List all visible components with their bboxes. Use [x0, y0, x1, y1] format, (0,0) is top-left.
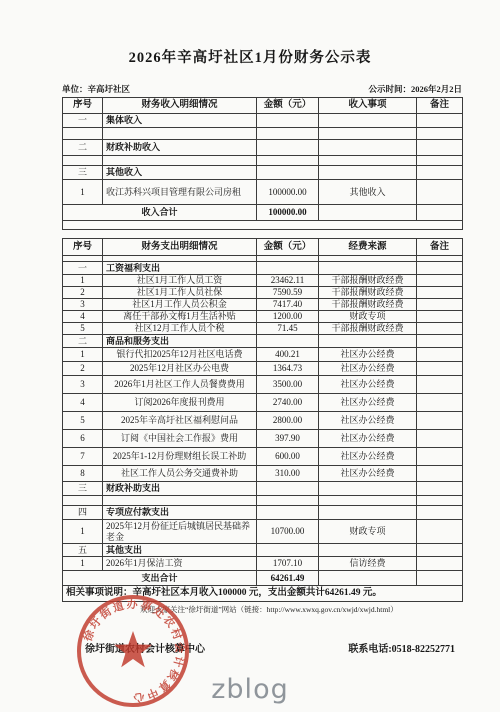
cell-source: 财政专项: [319, 311, 417, 323]
cell-amount: 10700.00: [257, 520, 319, 544]
cell-desc: 收江苏科兴项目管理有限公司房租: [103, 180, 257, 205]
cell-source: [319, 335, 417, 348]
cell-source: 干部报酬财政经费: [319, 287, 417, 299]
spacer-cell: [103, 128, 257, 140]
cell-no: 3: [63, 299, 103, 311]
table-row: 22025年12月社区办公电费1364.73社区办公经费: [63, 362, 463, 376]
spacer-cell: [63, 496, 103, 506]
cell-amount: 1364.73: [257, 362, 319, 376]
column-header: 财务支出明细情况: [103, 239, 257, 256]
cell-amount: 3500.00: [257, 376, 319, 394]
cell-note: [417, 114, 463, 128]
column-header: 备注: [417, 239, 463, 256]
cell-amount: [257, 482, 319, 496]
column-header: 收入事项: [319, 98, 417, 114]
column-header: 经费来源: [319, 239, 417, 256]
table-row: 3社区1月工作人员公积金7417.40干部报酬财政经费: [63, 299, 463, 311]
cell-desc: 专项应付款支出: [103, 506, 257, 520]
cell-note: [417, 262, 463, 275]
cell-note: [417, 520, 463, 544]
section-row: 四专项应付款支出: [63, 506, 463, 520]
cell-source: 社区办公经费: [319, 466, 417, 482]
cell-desc: 集体收入: [103, 114, 257, 128]
cell-source: 社区办公经费: [319, 362, 417, 376]
cell-amount: 7417.40: [257, 299, 319, 311]
cell-total-label: 收入合计: [63, 205, 257, 221]
cell-source: 信访经费: [319, 557, 417, 571]
cell-amount: 7590.59: [257, 287, 319, 299]
cell-no: 1: [63, 180, 103, 205]
cell-amount: 2740.00: [257, 394, 319, 412]
table-row: 8社区工作人员公务交通费补助310.00社区办公经费: [63, 466, 463, 482]
cell-amount: 64261.49: [257, 571, 319, 586]
cell-desc: 其他支出: [103, 544, 257, 557]
spacer-cell: [417, 128, 463, 140]
cell-no: 1: [63, 557, 103, 571]
cell-desc: 社区1月工作人员公积金: [103, 299, 257, 311]
cell-note: [417, 140, 463, 156]
cell-amount: 1200.00: [257, 311, 319, 323]
cell-no: 5: [63, 323, 103, 335]
cell-source: 干部报酬财政经费: [319, 323, 417, 335]
cell-note: [417, 544, 463, 557]
cell-amount: 2800.00: [257, 412, 319, 430]
page-title: 2026年辛高圩社区1月份财务公示表: [0, 46, 500, 67]
cell-desc: 财政补助支出: [103, 482, 257, 496]
cell-note: [417, 166, 463, 180]
section-row: 三其他收入: [63, 166, 463, 180]
cell-source: [319, 114, 417, 128]
cell-note: [417, 376, 463, 394]
cell-amount: 310.00: [257, 466, 319, 482]
spacer-cell: [63, 221, 463, 230]
section-row: 一工资福利支出: [63, 262, 463, 275]
cell-note: [417, 335, 463, 348]
cell-no: 二: [63, 140, 103, 156]
cell-no: 二: [63, 335, 103, 348]
table-row: 6订阅《中国社会工作报》费用397.90社区办公经费: [63, 430, 463, 448]
cell-no: 一: [63, 114, 103, 128]
unit-label: 单位：辛高圩社区: [62, 83, 130, 95]
cell-source: 社区办公经费: [319, 430, 417, 448]
cell-source: 社区办公经费: [319, 376, 417, 394]
cell-note: [417, 180, 463, 205]
website-link-text: 欢迎大家关注“徐圩街道”网站（链接：http://www.xwxq.gov.cn…: [140, 604, 398, 615]
publish-date-label: 公示时间：2026年2月2日: [368, 83, 462, 95]
column-header: 金额（元）: [257, 98, 319, 114]
spacer-cell: [257, 156, 319, 166]
cell-note: [417, 362, 463, 376]
cell-amount: 397.90: [257, 430, 319, 448]
cell-note: [417, 348, 463, 362]
cell-source: [319, 571, 417, 586]
footer-row: 徐圩街道农村会计核算中心 联系电话:0518-82252771: [85, 640, 455, 655]
cell-source: 社区办公经费: [319, 348, 417, 362]
cell-no: 1: [63, 348, 103, 362]
watermark-text: zblog: [0, 674, 500, 705]
cell-desc: 2025年12月社区办公电费: [103, 362, 257, 376]
cell-no: 一: [63, 262, 103, 275]
table-row: 4订阅2026年度报刊费用2740.00社区办公经费: [63, 394, 463, 412]
cell-source: [319, 544, 417, 557]
cell-note: [417, 299, 463, 311]
cell-source: 其他收入: [319, 180, 417, 205]
cell-amount: [257, 166, 319, 180]
cell-desc: 商品和服务支出: [103, 335, 257, 348]
table-row: 2社区1月工作人员社保7590.59干部报酬财政经费: [63, 287, 463, 299]
cell-source: [319, 205, 417, 221]
cell-no: 三: [63, 482, 103, 496]
cell-source: [319, 166, 417, 180]
note-row: 相关事项说明：辛高圩社区本月收入100000 元，支出金额共计64261.49 …: [63, 586, 463, 602]
cell-note: [417, 311, 463, 323]
cell-amount: 600.00: [257, 448, 319, 466]
spacer-cell: [103, 156, 257, 166]
cell-source: [319, 482, 417, 496]
cell-desc: 其他收入: [103, 166, 257, 180]
cell-amount: 100000.00: [257, 205, 319, 221]
cell-no: 8: [63, 466, 103, 482]
cell-note: [417, 412, 463, 430]
cell-no: 7: [63, 448, 103, 466]
spacer-row: [63, 221, 463, 230]
table-row: 52025年辛高圩社区福利慰问品2800.00社区办公经费: [63, 412, 463, 430]
cell-desc: 订阅《中国社会工作报》费用: [103, 430, 257, 448]
cell-amount: [257, 262, 319, 275]
cell-note: [417, 571, 463, 586]
cell-desc: 2026年1月保洁工资: [103, 557, 257, 571]
cell-amount: [257, 140, 319, 156]
table-row: 1收江苏科兴项目管理有限公司房租100000.00其他收入: [63, 180, 463, 205]
cell-amount: [257, 114, 319, 128]
total-row: 收入合计100000.00: [63, 205, 463, 221]
spacer-cell: [257, 128, 319, 140]
cell-amount: 1707.10: [257, 557, 319, 571]
cell-no: 2: [63, 362, 103, 376]
cell-amount: [257, 506, 319, 520]
spacer-cell: [417, 496, 463, 506]
cell-amount: 400.21: [257, 348, 319, 362]
cell-no: 6: [63, 430, 103, 448]
cell-source: [319, 140, 417, 156]
spacer-cell: [63, 156, 103, 166]
cell-amount: [257, 335, 319, 348]
header-row: 序号财务收入明细情况金额（元）收入事项备注: [63, 98, 463, 114]
table-row: 4离任干部孙文梅1月生活补贴1200.00财政专项: [63, 311, 463, 323]
cell-desc: 2025年1-12月份理财组长误工补助: [103, 448, 257, 466]
spacer-cell: [257, 496, 319, 506]
spacer-cell: [417, 156, 463, 166]
cell-no: 4: [63, 311, 103, 323]
cell-source: 社区办公经费: [319, 448, 417, 466]
cell-desc: 社区1月工作人员工资: [103, 275, 257, 287]
cell-remarks: 相关事项说明：辛高圩社区本月收入100000 元，支出金额共计64261.49 …: [63, 586, 463, 602]
cell-no: 3: [63, 376, 103, 394]
table-row: 1银行代扣2025年12月社区电话费400.21社区办公经费: [63, 348, 463, 362]
section-row: 三财政补助支出: [63, 482, 463, 496]
spacer-cell: [63, 128, 103, 140]
cell-note: [417, 287, 463, 299]
cell-no: 四: [63, 506, 103, 520]
spacer-cell: [319, 156, 417, 166]
cell-note: [417, 448, 463, 466]
cell-no: 三: [63, 166, 103, 180]
cell-no: 4: [63, 394, 103, 412]
cell-note: [417, 323, 463, 335]
cell-note: [417, 466, 463, 482]
spacer-cell: [319, 496, 417, 506]
column-header: 财务收入明细情况: [103, 98, 257, 114]
spacer-cell: [319, 128, 417, 140]
section-row: 五其他支出: [63, 544, 463, 557]
cell-source: 干部报酬财政经费: [319, 299, 417, 311]
section-row: 二财政补助收入: [63, 140, 463, 156]
cell-amount: 23462.11: [257, 275, 319, 287]
cell-source: [319, 506, 417, 520]
cell-note: [417, 482, 463, 496]
column-header: 金额（元）: [257, 239, 319, 256]
accounting-center-label: 徐圩街道农村会计核算中心: [85, 640, 205, 655]
cell-note: [417, 430, 463, 448]
cell-note: [417, 506, 463, 520]
table-row: 32026年1月社区工作人员餐费费用3500.00社区办公经费: [63, 376, 463, 394]
spacer-row: [63, 156, 463, 166]
expense-table: 序号财务支出明细情况金额（元）经费来源备注一工资福利支出1社区1月工作人员工资2…: [62, 238, 463, 602]
cell-no: 五: [63, 544, 103, 557]
cell-amount: 71.45: [257, 323, 319, 335]
cell-desc: 2025年辛高圩社区福利慰问品: [103, 412, 257, 430]
table-row: 12025年12月份征迁后城镇居民基础养老金10700.00财政专项: [63, 520, 463, 544]
document-page: 2026年辛高圩社区1月份财务公示表 单位：辛高圩社区 公示时间：2026年2月…: [0, 0, 500, 712]
table-row: 12026年1月保洁工资1707.10信访经费: [63, 557, 463, 571]
cell-no: 2: [63, 287, 103, 299]
cell-desc: 社区1月工作人员社保: [103, 287, 257, 299]
spacer-row: [63, 128, 463, 140]
cell-desc: 离任干部孙文梅1月生活补贴: [103, 311, 257, 323]
column-header: 序号: [63, 239, 103, 256]
cell-amount: [257, 544, 319, 557]
cell-note: [417, 275, 463, 287]
cell-amount: 100000.00: [257, 180, 319, 205]
header-row: 序号财务支出明细情况金额（元）经费来源备注: [63, 239, 463, 256]
cell-source: 社区办公经费: [319, 412, 417, 430]
cell-note: [417, 205, 463, 221]
cell-source: 社区办公经费: [319, 394, 417, 412]
column-header: 序号: [63, 98, 103, 114]
spacer-row: [63, 496, 463, 506]
table-row: 72025年1-12月份理财组长误工补助600.00社区办公经费: [63, 448, 463, 466]
meta-row: 单位：辛高圩社区 公示时间：2026年2月2日: [62, 83, 462, 95]
cell-no: 1: [63, 520, 103, 544]
cell-note: [417, 394, 463, 412]
cell-source: [319, 262, 417, 275]
section-row: 一集体收入: [63, 114, 463, 128]
cell-no: 1: [63, 275, 103, 287]
cell-desc: 2025年12月份征迁后城镇居民基础养老金: [103, 520, 257, 544]
cell-desc: 财政补助收入: [103, 140, 257, 156]
total-row: 支出合计64261.49: [63, 571, 463, 586]
cell-desc: 订阅2026年度报刊费用: [103, 394, 257, 412]
spacer-cell: [103, 496, 257, 506]
table-row: 1社区1月工作人员工资23462.11干部报酬财政经费: [63, 275, 463, 287]
contact-phone-label: 联系电话:0518-82252771: [348, 640, 455, 655]
cell-desc: 银行代扣2025年12月社区电话费: [103, 348, 257, 362]
cell-desc: 社区工作人员公务交通费补助: [103, 466, 257, 482]
cell-source: 财政专项: [319, 520, 417, 544]
cell-desc: 2026年1月社区工作人员餐费费用: [103, 376, 257, 394]
section-row: 二商品和服务支出: [63, 335, 463, 348]
cell-desc: 工资福利支出: [103, 262, 257, 275]
table-row: 5社区12月工作人员个税71.45干部报酬财政经费: [63, 323, 463, 335]
cell-desc: 社区12月工作人员个税: [103, 323, 257, 335]
column-header: 备注: [417, 98, 463, 114]
cell-note: [417, 557, 463, 571]
cell-total-label: 支出合计: [63, 571, 257, 586]
cell-no: 5: [63, 412, 103, 430]
income-table: 序号财务收入明细情况金额（元）收入事项备注一集体收入二财政补助收入三其他收入1收…: [62, 97, 463, 230]
cell-source: 干部报酬财政经费: [319, 275, 417, 287]
